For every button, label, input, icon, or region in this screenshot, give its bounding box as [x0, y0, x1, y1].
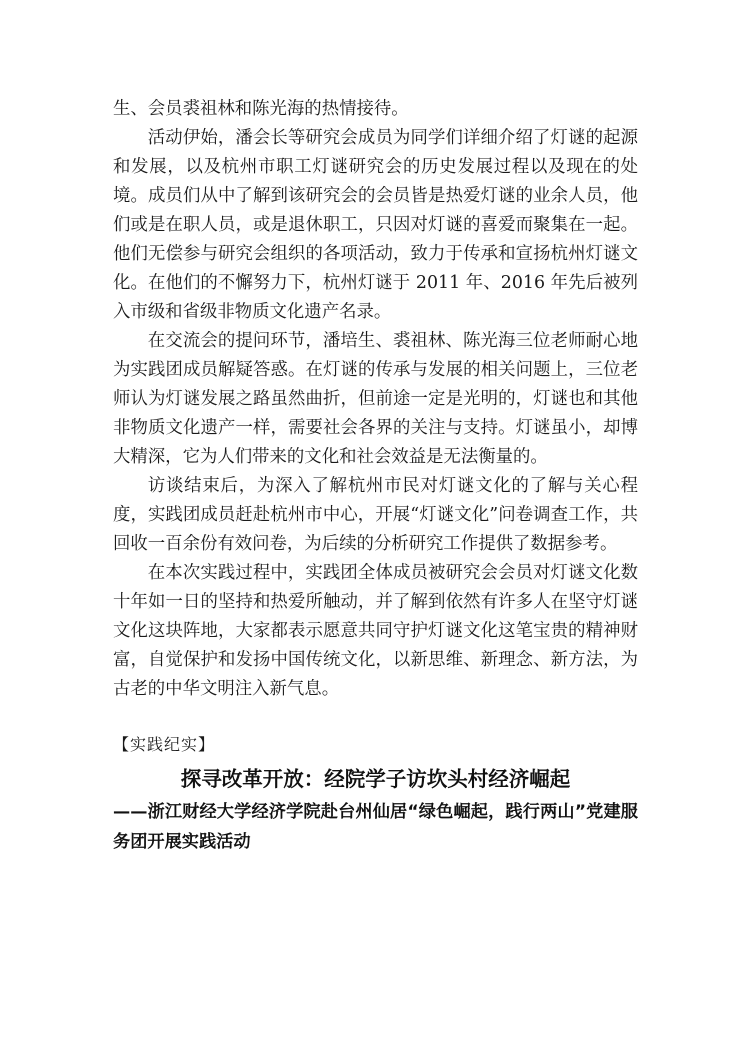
- body-paragraph-4: 访谈结束后，为深入了解杭州市民对灯谜文化的了解与关心程度，实践团成员赶赴杭州市中…: [113, 472, 638, 559]
- body-paragraph-3: 在交流会的提问环节，潘培生、裘祖林、陈光海三位老师耐心地为实践团成员解疑答惑。在…: [113, 327, 638, 472]
- body-paragraph-1: 生、会员裘祖林和陈光海的热情接待。: [113, 95, 638, 124]
- document-page: 生、会员裘祖林和陈光海的热情接待。 活动伊始，潘会长等研究会成员为同学们详细介绍…: [113, 95, 638, 857]
- article-title: 探寻改革开放：经院学子访坎头村经济崛起: [113, 763, 638, 795]
- article-subtitle: ——浙江财经大学经济学院赴台州仙居“绿色崛起，践行两山”党建服务团开展实践活动: [113, 797, 638, 857]
- body-paragraph-2: 活动伊始，潘会长等研究会成员为同学们详细介绍了灯谜的起源和发展，以及杭州市职工灯…: [113, 124, 638, 327]
- body-paragraph-5: 在本次实践过程中，实践团全体成员被研究会会员对灯谜文化数十年如一日的坚持和热爱所…: [113, 559, 638, 704]
- section-tag: 【实践纪实】: [113, 731, 638, 759]
